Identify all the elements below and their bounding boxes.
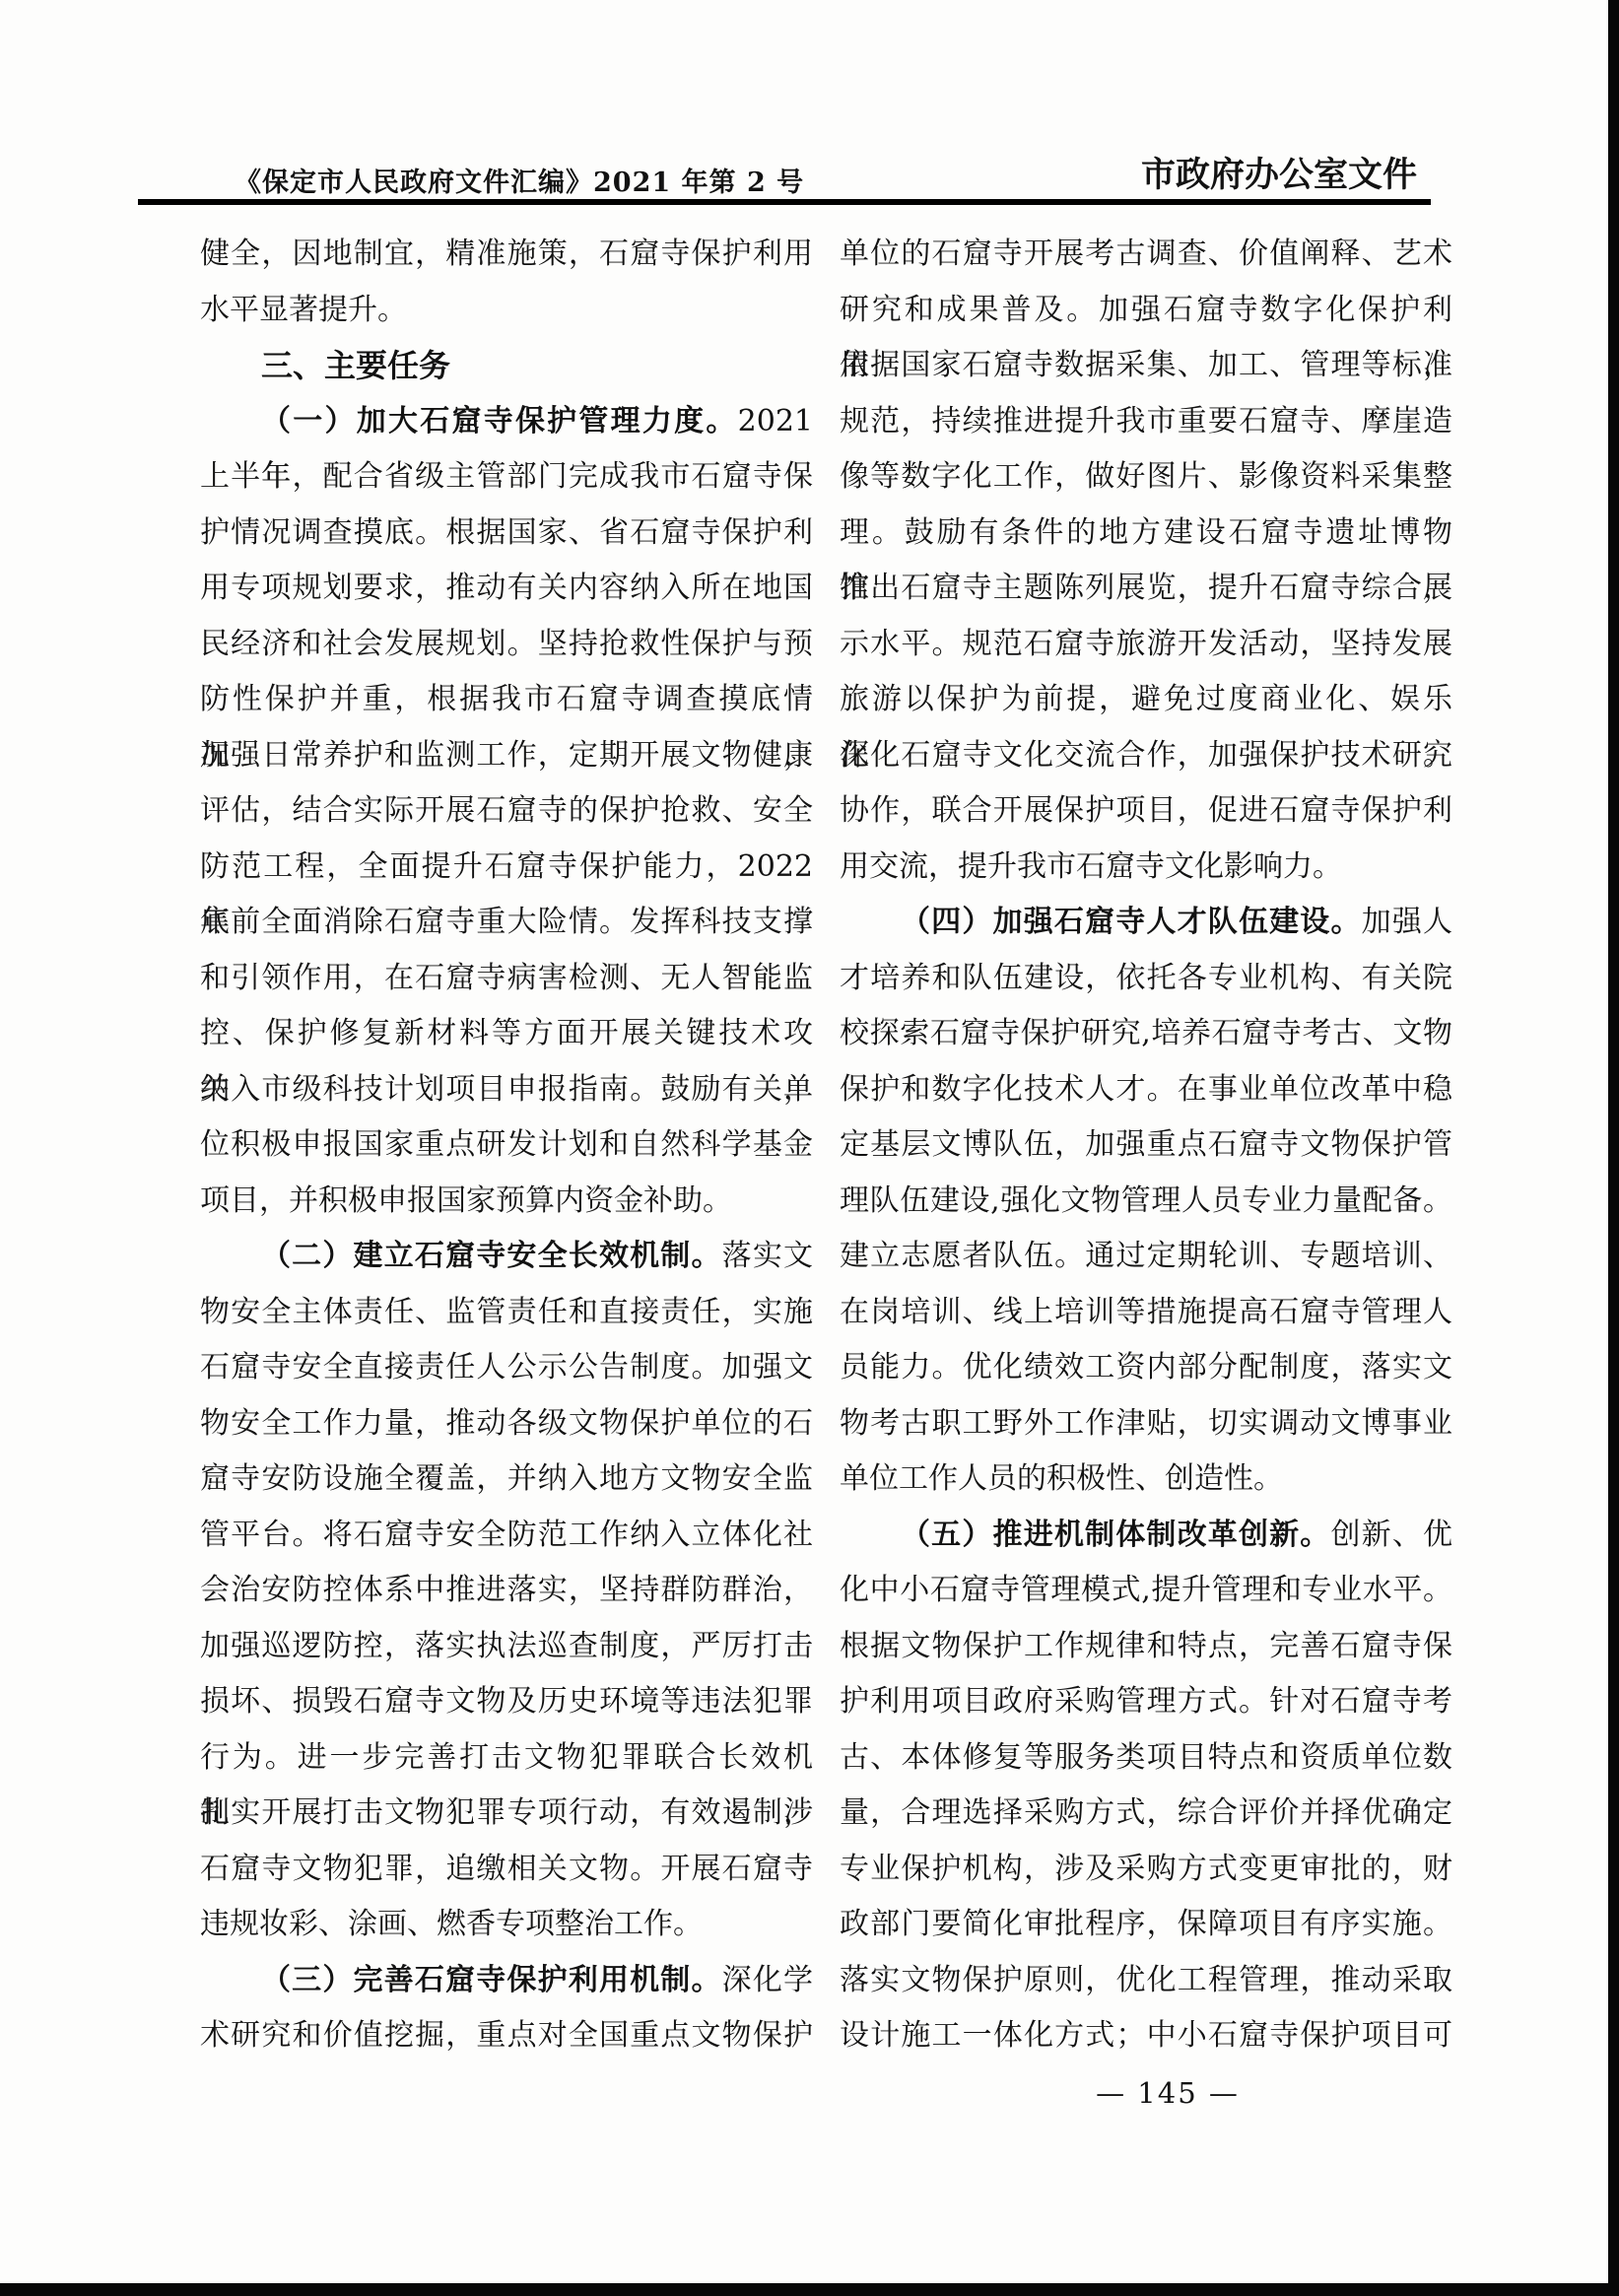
text-run: 校探索石窟寺保护研究,培养石窟寺考古、文物 [840, 1016, 1452, 1050]
text-run: 落实文物保护原则，优化工程管理，推动采取 [840, 1963, 1452, 1997]
text-run: 保护和数字化技术人才。在事业单位改革中稳 [840, 1072, 1452, 1107]
text-line: 建立志愿者队伍。通过定期轮训、专题培训、 [840, 1229, 1452, 1285]
text-run: 政部门要简化审批程序，保障项目有序实施。 [840, 1907, 1452, 1941]
page-number: — 145 — [1005, 2065, 1330, 2121]
text-line: 纳入市级科技计划项目申报指南。鼓励有关单 [200, 1062, 813, 1118]
emphasized-text-run: （四）加强石窟寺人才队伍建设。 [901, 905, 1362, 939]
text-run: 扎实开展打击文物犯罪专项行动，有效遏制涉 [200, 1795, 813, 1830]
text-line: 设计施工一体化方式；中小石窟寺保护项目可 [840, 2008, 1452, 2064]
text-run: 单位的石窟寺开展考古调查、价值阐释、艺术 [840, 236, 1452, 271]
text-line: 量，合理选择采购方式，综合评价并择优确定 [840, 1786, 1452, 1842]
text-run: 管平台。将石窟寺安全防范工作纳入立体化社 [200, 1518, 813, 1552]
emphasized-text-run: （二）建立石窟寺安全长效机制。 [261, 1239, 722, 1273]
text-line: （三）完善石窟寺保护利用机制。深化学 [200, 1953, 813, 2009]
text-run: 评估，结合实际开展石窟寺的保护抢救、安全 [200, 793, 813, 828]
section-heading: 三、主要任务 [200, 338, 813, 394]
text-run: 项目，并积极申报国家预算内资金补助。 [200, 1183, 732, 1218]
text-run: 协作，联合开展保护项目，促进石窟寺保护利 [840, 793, 1452, 828]
text-line: 石窟寺安全直接责任人公示公告制度。加强文 [200, 1340, 813, 1396]
text-run: 护利用项目政府采购管理方式。针对石窟寺考 [840, 1684, 1452, 1719]
text-run: 健全，因地制宜，精准施策，石窟寺保护利用 [200, 236, 813, 271]
text-line: 落实文物保护原则，优化工程管理，推动采取 [840, 1953, 1452, 2009]
emphasized-text-run: （三）完善石窟寺保护利用机制。 [261, 1963, 722, 1997]
text-line: 协作，联合开展保护项目，促进石窟寺保护利 [840, 783, 1452, 840]
text-line: 底前全面消除石窟寺重大险情。发挥科技支撑 [200, 895, 813, 951]
text-line: 古、本体修复等服务类项目特点和资质单位数 [840, 1730, 1452, 1787]
text-line: 评估，结合实际开展石窟寺的保护抢救、安全 [200, 783, 813, 840]
text-line: 专业保护机构，涉及采购方式变更审批的，财 [840, 1842, 1452, 1898]
text-line: 单位的石窟寺开展考古调查、价值阐释、艺术 [840, 227, 1452, 283]
text-line: （一）加大石窟寺保护管理力度。2021 年 [200, 394, 813, 450]
text-line: 像等数字化工作，做好图片、影像资料采集整 [840, 449, 1452, 506]
text-line: 会治安防控体系中推进落实，坚持群防群治， [200, 1563, 813, 1619]
text-run: 加强人 [1362, 905, 1452, 939]
text-run: 会治安防控体系中推进落实，坚持群防群治， [200, 1573, 813, 1607]
left-column: 健全，因地制宜，精准施策，石窟寺保护利用水平显著提升。三、主要任务（一）加大石窟… [200, 227, 813, 2064]
text-run: 物安全工作力量，推动各级文物保护单位的石 [200, 1406, 813, 1441]
text-line: 推出石窟寺主题陈列展览，提升石窟寺综合展 [840, 561, 1452, 617]
text-run: 理队伍建设,强化文物管理人员专业力量配备。 [840, 1183, 1452, 1218]
text-line: 理队伍建设,强化文物管理人员专业力量配备。 [840, 1174, 1452, 1230]
text-line: 研究和成果普及。加强石窟寺数字化保护利用， [840, 283, 1452, 339]
text-line: 政部门要简化审批程序，保障项目有序实施。 [840, 1897, 1452, 1953]
text-line: 护利用项目政府采购管理方式。针对石窟寺考 [840, 1674, 1452, 1730]
text-run: 依据国家石窟寺数据采集、加工、管理等标准 [840, 348, 1452, 382]
text-line: 化中小石窟寺管理模式,提升管理和专业水平。 [840, 1563, 1452, 1619]
text-run: 创新、优 [1330, 1518, 1452, 1552]
text-line: （二）建立石窟寺安全长效机制。落实文 [200, 1229, 813, 1285]
text-line: 定基层文博队伍，加强重点石窟寺文物保护管 [840, 1117, 1452, 1174]
text-run: 规范，持续推进提升我市重要石窟寺、摩崖造 [840, 404, 1452, 439]
text-run: 纳入市级科技计划项目申报指南。鼓励有关单 [200, 1072, 813, 1107]
text-run: 术研究和价值挖掘，重点对全国重点文物保护 [200, 2018, 813, 2053]
header-document-category: 市政府办公室文件 [1141, 148, 1413, 197]
header-compilation-title: 《保定市人民政府文件汇编》2021 年第 2 号 [235, 161, 804, 199]
text-line: 控、保护修复新材料等方面开展关键技术攻关， [200, 1006, 813, 1062]
text-run: 深化学 [722, 1963, 813, 1997]
emphasized-text-run: （一）加大石窟寺保护管理力度。 [261, 404, 738, 439]
text-line: 防性保护并重，根据我市石窟寺调查摸底情况， [200, 672, 813, 728]
text-line: 损坏、损毁石窟寺文物及历史环境等违法犯罪 [200, 1674, 813, 1730]
text-line: 用专项规划要求，推动有关内容纳入所在地国 [200, 561, 813, 617]
text-line: 用交流，提升我市石窟寺文化影响力。 [840, 840, 1452, 896]
text-run: 物安全主体责任、监管责任和直接责任，实施 [200, 1295, 813, 1329]
scan-edge-bar-right [1608, 0, 1619, 2296]
header-rule [138, 199, 1431, 205]
text-line: 校探索石窟寺保护研究,培养石窟寺考古、文物 [840, 1006, 1452, 1062]
text-line: 加强日常养护和监测工作，定期开展文物健康 [200, 728, 813, 784]
text-line: 石窟寺文物犯罪，追缴相关文物。开展石窟寺 [200, 1842, 813, 1898]
text-run: 违规妆彩、涂画、燃香专项整治工作。 [200, 1907, 703, 1941]
text-run: 用交流，提升我市石窟寺文化影响力。 [840, 849, 1342, 884]
text-line: 示水平。规范石窟寺旅游开发活动，坚持发展 [840, 617, 1452, 673]
text-run: 才培养和队伍建设，依托各专业机构、有关院 [840, 961, 1452, 995]
text-line: 物考古职工野外工作津贴，切实调动文博事业 [840, 1396, 1452, 1452]
text-line: 水平显著提升。 [200, 283, 813, 339]
scanned-document-page: 《保定市人民政府文件汇编》2021 年第 2 号 市政府办公室文件 健全，因地制… [0, 0, 1619, 2296]
text-run: 根据文物保护工作规律和特点，完善石窟寺保 [840, 1629, 1452, 1663]
text-line: 单位工作人员的积极性、创造性。 [840, 1452, 1452, 1508]
text-line: 规范，持续推进提升我市重要石窟寺、摩崖造 [840, 394, 1452, 450]
text-line: 防范工程，全面提升石窟寺保护能力，2022 年 [200, 840, 813, 896]
text-line: （五）推进机制体制改革创新。创新、优 [840, 1508, 1452, 1564]
text-line: 窟寺安防设施全覆盖，并纳入地方文物安全监 [200, 1452, 813, 1508]
text-line: 保护和数字化技术人才。在事业单位改革中稳 [840, 1062, 1452, 1118]
text-line: 根据文物保护工作规律和特点，完善石窟寺保 [840, 1619, 1452, 1675]
emphasized-text-run: （五）推进机制体制改革创新。 [901, 1518, 1330, 1552]
text-run: 示水平。规范石窟寺旅游开发活动，坚持发展 [840, 627, 1452, 661]
text-run: 专业保护机构，涉及采购方式变更审批的，财 [840, 1852, 1452, 1886]
text-run: 上半年，配合省级主管部门完成我市石窟寺保 [200, 459, 813, 494]
text-run: 加强日常养护和监测工作，定期开展文物健康 [200, 738, 813, 773]
text-run: 古、本体修复等服务类项目特点和资质单位数 [840, 1740, 1452, 1775]
text-run: 推出石窟寺主题陈列展览，提升石窟寺综合展 [840, 571, 1452, 605]
text-line: 依据国家石窟寺数据采集、加工、管理等标准 [840, 338, 1452, 394]
text-line: 术研究和价值挖掘，重点对全国重点文物保护 [200, 2008, 813, 2064]
text-run: 窟寺安防设施全覆盖，并纳入地方文物安全监 [200, 1461, 813, 1496]
text-line: 在岗培训、线上培训等措施提高石窟寺管理人 [840, 1285, 1452, 1341]
text-run: 单位工作人员的积极性、创造性。 [840, 1461, 1283, 1496]
text-line: 理。鼓励有条件的地方建设石窟寺遗址博物馆， [840, 506, 1452, 562]
text-run: 员能力。优化绩效工资内部分配制度，落实文 [840, 1350, 1452, 1384]
text-line: 旅游以保护为前提，避免过度商业化、娱乐化。 [840, 672, 1452, 728]
text-line: 民经济和社会发展规划。坚持抢救性保护与预 [200, 617, 813, 673]
text-run: 像等数字化工作，做好图片、影像资料采集整 [840, 459, 1452, 494]
text-line: 管平台。将石窟寺安全防范工作纳入立体化社 [200, 1508, 813, 1564]
text-run: 设计施工一体化方式；中小石窟寺保护项目可 [840, 2018, 1452, 2053]
text-line: 才培养和队伍建设，依托各专业机构、有关院 [840, 951, 1452, 1007]
text-line: 健全，因地制宜，精准施策，石窟寺保护利用 [200, 227, 813, 283]
text-line: 加强巡逻防控，落实执法巡查制度，严厉打击 [200, 1619, 813, 1675]
text-run: 定基层文博队伍，加强重点石窟寺文物保护管 [840, 1127, 1452, 1162]
text-line: 行为。进一步完善打击文物犯罪联合长效机制， [200, 1730, 813, 1787]
text-run: 石窟寺安全直接责任人公示公告制度。加强文 [200, 1350, 813, 1384]
text-run: 底前全面消除石窟寺重大险情。发挥科技支撑 [200, 905, 813, 939]
text-line: 和引领作用，在石窟寺病害检测、无人智能监 [200, 951, 813, 1007]
text-line: （四）加强石窟寺人才队伍建设。加强人 [840, 895, 1452, 951]
text-run: 水平显著提升。 [200, 293, 407, 327]
text-run: 护情况调查摸底。根据国家、省石窟寺保护利 [200, 515, 813, 550]
text-line: 项目，并积极申报国家预算内资金补助。 [200, 1174, 813, 1230]
text-run: 民经济和社会发展规划。坚持抢救性保护与预 [200, 627, 813, 661]
text-run: 加强巡逻防控，落实执法巡查制度，严厉打击 [200, 1629, 813, 1663]
text-run: 建立志愿者队伍。通过定期轮训、专题培训、 [840, 1239, 1452, 1273]
text-run: 物考古职工野外工作津贴，切实调动文博事业 [840, 1406, 1452, 1441]
emphasized-text-run: 三、主要任务 [261, 347, 450, 384]
text-run: 石窟寺文物犯罪，追缴相关文物。开展石窟寺 [200, 1852, 813, 1886]
text-run: 用专项规划要求，推动有关内容纳入所在地国 [200, 571, 813, 605]
text-run: 化中小石窟寺管理模式,提升管理和专业水平。 [840, 1573, 1452, 1607]
text-line: 护情况调查摸底。根据国家、省石窟寺保护利 [200, 506, 813, 562]
text-line: 违规妆彩、涂画、燃香专项整治工作。 [200, 1897, 813, 1953]
text-run: 在岗培训、线上培训等措施提高石窟寺管理人 [840, 1295, 1452, 1329]
text-run: 深化石窟寺文化交流合作，加强保护技术研究 [840, 738, 1452, 773]
text-run: 量，合理选择采购方式，综合评价并择优确定 [840, 1795, 1452, 1830]
text-line: 上半年，配合省级主管部门完成我市石窟寺保 [200, 449, 813, 506]
text-line: 物安全主体责任、监管责任和直接责任，实施 [200, 1285, 813, 1341]
text-run: 损坏、损毁石窟寺文物及历史环境等违法犯罪 [200, 1684, 813, 1719]
text-line: 深化石窟寺文化交流合作，加强保护技术研究 [840, 728, 1452, 784]
right-column: 单位的石窟寺开展考古调查、价值阐释、艺术研究和成果普及。加强石窟寺数字化保护利用… [840, 227, 1452, 2064]
text-run: 和引领作用，在石窟寺病害检测、无人智能监 [200, 961, 813, 995]
text-run: 位积极申报国家重点研发计划和自然科学基金 [200, 1127, 813, 1162]
text-line: 物安全工作力量，推动各级文物保护单位的石 [200, 1396, 813, 1452]
text-run: 落实文 [722, 1239, 813, 1273]
text-line: 位积极申报国家重点研发计划和自然科学基金 [200, 1117, 813, 1174]
text-line: 员能力。优化绩效工资内部分配制度，落实文 [840, 1340, 1452, 1396]
scan-edge-bar-bottom [0, 2283, 1619, 2296]
text-line: 扎实开展打击文物犯罪专项行动，有效遏制涉 [200, 1786, 813, 1842]
